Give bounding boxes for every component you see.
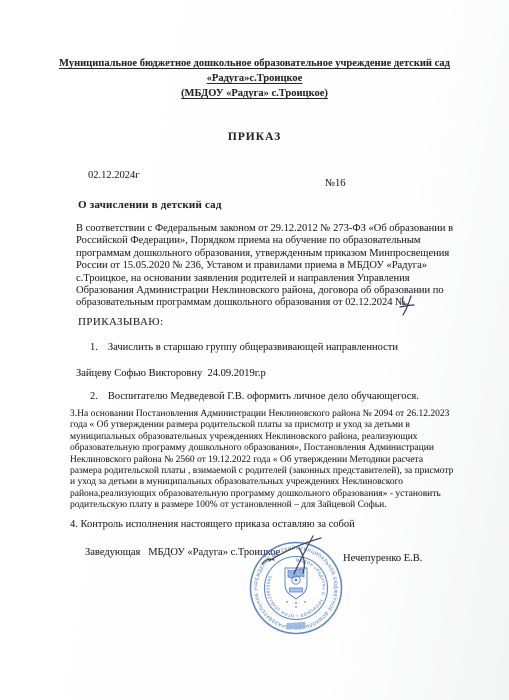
document-page: Муниципальное бюджетное дошкольное образ… — [0, 0, 509, 700]
order-number: №16 — [325, 178, 346, 189]
handwritten-contract-number — [398, 294, 416, 316]
order-title: ПРИКАЗ — [0, 131, 509, 143]
order-date: 02.12.2024г — [88, 170, 140, 181]
order-item-2: 2.Воспитателю Медведевой Г.В. оформить л… — [90, 391, 419, 402]
item-2-text: Воспитателю Медведевой Г.В. оформить лич… — [108, 391, 419, 402]
org-name-line3: (МБДОУ «Радуга» с.Троицкое) — [0, 86, 509, 101]
signature-name: Нечепуренко Е.В. — [343, 553, 422, 564]
enrolled-child-name: Зайцеву Софью Викторовну 24.09.2019г.р — [76, 368, 266, 379]
order-subject: О зачислении в детский сад — [78, 199, 222, 211]
item-1-text: Зачислить в старшаю группу общеразвивающ… — [108, 342, 398, 353]
org-name-line2: «Радуга»с.Троицкое — [0, 71, 509, 86]
org-name-line1: Муниципальное бюджетное дошкольное образ… — [0, 56, 509, 71]
order-item-3: 3.На основании Постановления Администрац… — [70, 409, 498, 512]
handwritten-signature — [252, 528, 332, 583]
preamble-paragraph: В соответствии с Федеральным законом от … — [76, 223, 476, 310]
resolve-word: ПРИКАЗЫВАЮ: — [78, 316, 163, 328]
item-1-number: 1. — [90, 342, 98, 353]
stamp-bottom-plate — [286, 622, 305, 630]
item-2-number: 2. — [90, 391, 98, 402]
order-item-1: 1.Зачислить в старшаю группу общеразвива… — [90, 342, 398, 353]
org-name-header: Муниципальное бюджетное дошкольное образ… — [0, 56, 509, 101]
